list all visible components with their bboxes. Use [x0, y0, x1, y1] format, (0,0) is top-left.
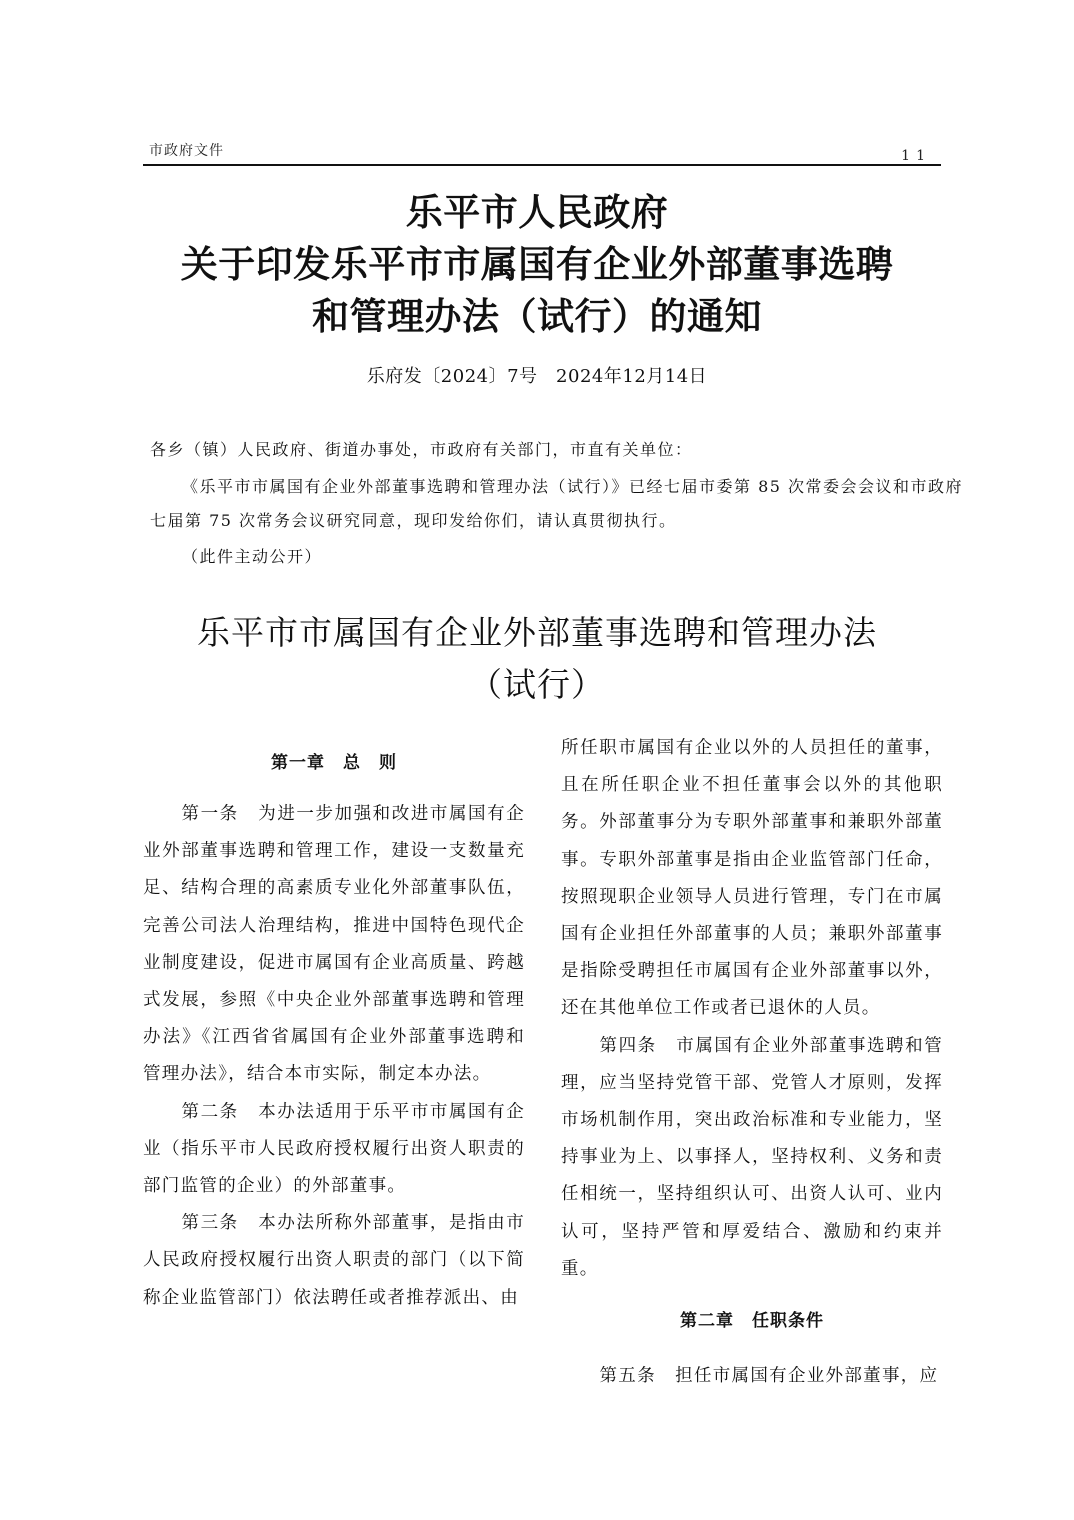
measures-title-line-2: （试行） — [0, 659, 1074, 711]
article-2: 第二条本办法适用于乐平市市属国有企业（指乐平市人民政府授权履行出资人职责的部门监… — [143, 1094, 525, 1206]
article-3-continued: 所任职市属国有企业以外的人员担任的董事，且在所任职企业不担任董事会以外的其他职务… — [561, 730, 943, 1028]
notice-body: 《乐平市市属国有企业外部董事选聘和管理办法（试行）》已经七届市委第 85 次常委… — [150, 470, 965, 538]
chapter-heading-2: 第二章 任职条件 — [561, 1300, 943, 1342]
running-head: 市政府文件 11 — [143, 140, 941, 166]
notice-title-line-1: 乐平市人民政府 — [0, 186, 1074, 238]
right-column: 所任职市属国有企业以外的人员担任的董事，且在所任职企业不担任董事会以外的其他职务… — [561, 730, 943, 1395]
notice-title: 乐平市人民政府 关于印发乐平市市属国有企业外部董事选聘 和管理办法（试行）的通知 — [0, 186, 1074, 342]
notice-title-line-3: 和管理办法（试行）的通知 — [0, 290, 1074, 342]
article-4-text: 市属国有企业外部董事选聘和管理，应当坚持党管干部、党管人才原则，发挥市场机制作用… — [561, 1036, 943, 1279]
article-1: 第一条为进一步加强和改进市属国有企业外部董事选聘和管理工作，建设一支数量充足、结… — [143, 796, 525, 1094]
left-column: 第一章 总 则 第一条为进一步加强和改进市属国有企业外部董事选聘和管理工作，建设… — [143, 742, 525, 1317]
article-4: 第四条市属国有企业外部董事选聘和管理，应当坚持党管干部、党管人才原则，发挥市场机… — [561, 1028, 943, 1288]
article-5-number: 第五条 — [600, 1366, 656, 1386]
document-number-date: 乐府发〔2024〕7号 2024年12月14日 — [0, 362, 1074, 388]
notice-title-line-2: 关于印发乐平市市属国有企业外部董事选聘 — [0, 238, 1074, 290]
page-number: 11 — [901, 148, 931, 164]
addressee: 各乡（镇）人民政府、街道办事处，市政府有关部门，市直有关单位： — [150, 437, 693, 460]
article-3-number: 第三条 — [182, 1213, 239, 1233]
article-2-number: 第二条 — [182, 1102, 239, 1122]
running-head-left: 市政府文件 — [149, 140, 224, 160]
article-1-number: 第一条 — [182, 804, 239, 824]
measures-title-line-1: 乐平市市属国有企业外部董事选聘和管理办法 — [0, 607, 1074, 659]
article-1-text: 为进一步加强和改进市属国有企业外部董事选聘和管理工作，建设一支数量充足、结构合理… — [143, 804, 525, 1084]
article-3: 第三条本办法所称外部董事，是指由市人民政府授权履行出资人职责的部门（以下简称企业… — [143, 1205, 525, 1317]
public-disclosure-note: （此件主动公开） — [182, 544, 322, 567]
article-5-text: 担任市属国有企业外部董事，应 — [675, 1366, 938, 1386]
header-rule — [143, 164, 941, 166]
measures-title: 乐平市市属国有企业外部董事选聘和管理办法 （试行） — [0, 607, 1074, 711]
article-5: 第五条担任市属国有企业外部董事，应 — [561, 1358, 943, 1395]
article-4-number: 第四条 — [600, 1036, 657, 1056]
chapter-heading-1: 第一章 总 则 — [143, 742, 525, 784]
